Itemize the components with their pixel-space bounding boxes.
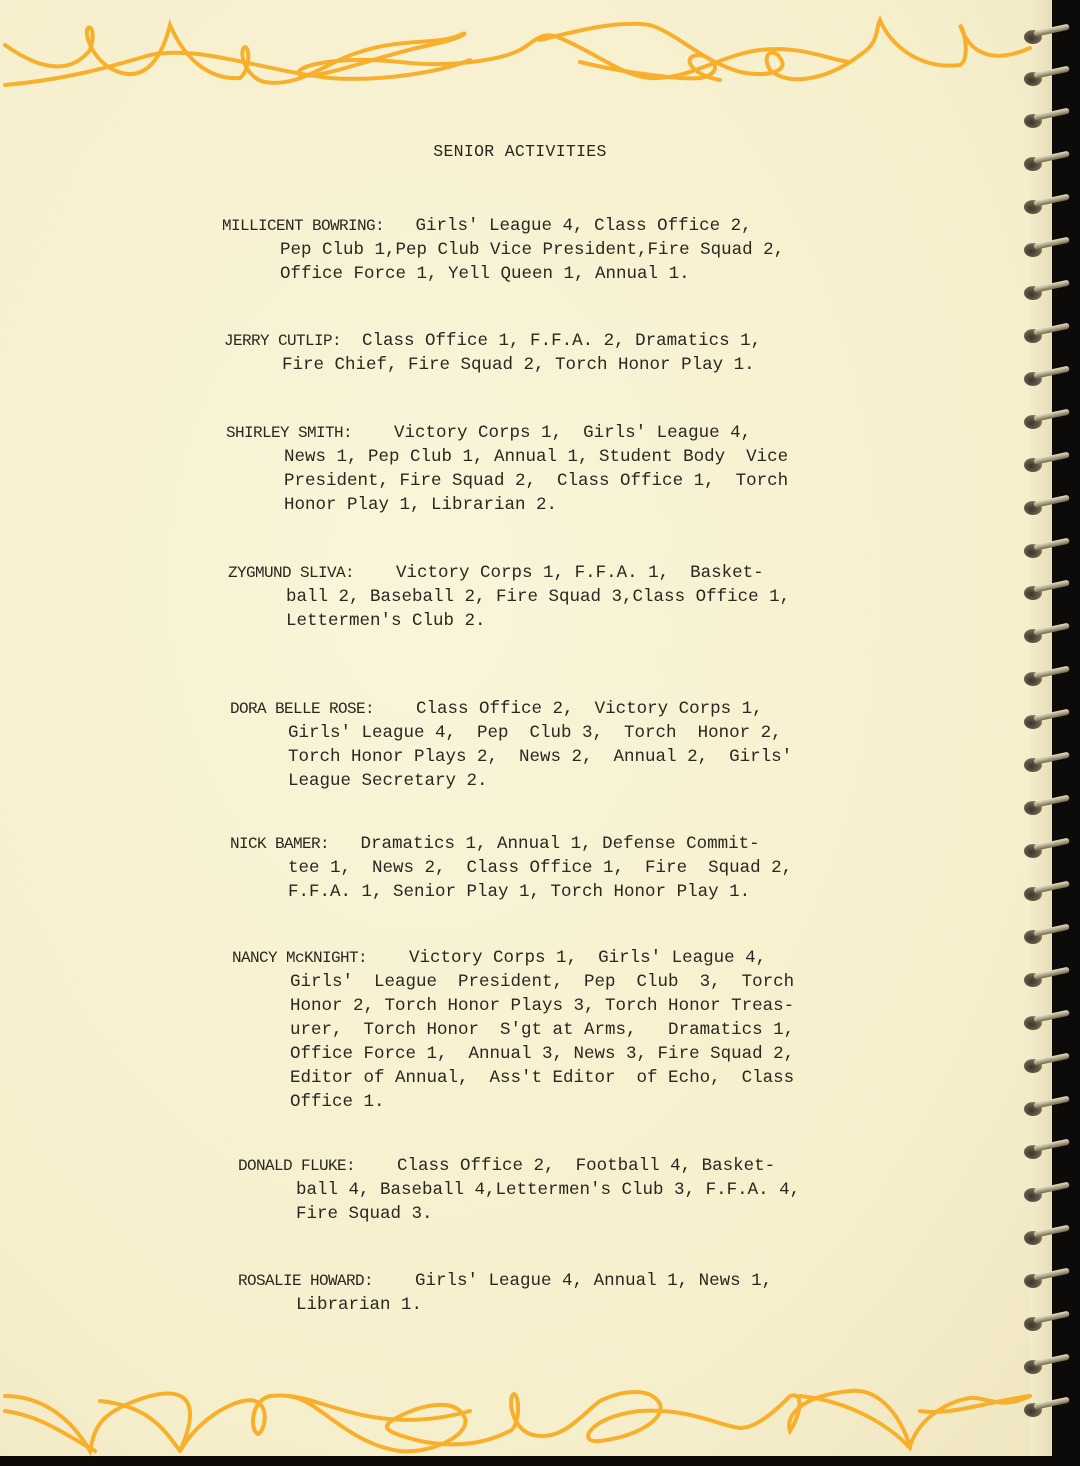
activities-line: Office 1. [232, 1090, 794, 1114]
activities-line: Class Office 1, F.F.A. 2, Dramatics 1, [341, 331, 761, 351]
activities-line: ball 4, Baseball 4,Lettermen's Club 3, F… [238, 1178, 800, 1202]
entry-nancy-mcknight: NANCY McKNIGHT: Victory Corps 1, Girls' … [232, 946, 794, 1114]
activities-line: Torch Honor Plays 2, News 2, Annual 2, G… [230, 745, 792, 769]
activities-line: Girls' League 4, Annual 1, News 1, [373, 1271, 772, 1291]
page-title: SENIOR ACTIVITIES [0, 142, 1040, 161]
entry-rosalie-howard: ROSALIE HOWARD: Girls' League 4, Annual … [238, 1269, 772, 1317]
entry-dora-belle-rose: DORA BELLE ROSE: Class Office 2, Victory… [230, 697, 792, 793]
activities-line: News 1, Pep Club 1, Annual 1, Student Bo… [226, 445, 788, 469]
student-name: DONALD FLUKE: [238, 1157, 355, 1175]
entry-jerry-cutlip: JERRY CUTLIP: Class Office 1, F.F.A. 2, … [224, 329, 761, 377]
activities-line: Lettermen's Club 2. [228, 609, 790, 633]
entry-shirley-smith: SHIRLEY SMITH: Victory Corps 1, Girls' L… [226, 421, 788, 517]
activities-line: Girls' League 4, Class Office 2, [384, 216, 752, 236]
activities-line: Class Office 2, Victory Corps 1, [374, 699, 763, 719]
activities-line: Girls' League President, Pep Club 3, Tor… [232, 970, 794, 994]
entry-zygmund-sliva: ZYGMUND SLIVA: Victory Corps 1, F.F.A. 1… [228, 561, 790, 633]
activities-line: Class Office 2, Football 4, Basket- [355, 1156, 775, 1176]
student-name: NANCY McKNIGHT: [232, 949, 367, 967]
student-name: DORA BELLE ROSE: [230, 700, 374, 718]
student-name: NICK BAMER: [230, 835, 329, 853]
activities-line: Pep Club 1,Pep Club Vice President,Fire … [222, 238, 784, 262]
activities-line: Fire Chief, Fire Squad 2, Torch Honor Pl… [224, 353, 761, 377]
activities-line: tee 1, News 2, Class Office 1, Fire Squa… [230, 856, 792, 880]
activities-line: Honor Play 1, Librarian 2. [226, 493, 788, 517]
activities-line: President, Fire Squad 2, Class Office 1,… [226, 469, 788, 493]
activities-line: ball 2, Baseball 2, Fire Squad 3,Class O… [228, 585, 790, 609]
activities-line: Editor of Annual, Ass't Editor of Echo, … [232, 1066, 794, 1090]
activities-line: Fire Squad 3. [238, 1202, 800, 1226]
entry-millicent-bowring: MILLICENT BOWRING: Girls' League 4, Clas… [222, 214, 784, 286]
student-name: ROSALIE HOWARD: [238, 1272, 373, 1290]
entry-donald-fluke: DONALD FLUKE: Class Office 2, Football 4… [238, 1154, 800, 1226]
student-name: JERRY CUTLIP: [224, 332, 341, 350]
student-name: SHIRLEY SMITH: [226, 424, 352, 442]
activities-line: Victory Corps 1, Girls' League 4, [367, 948, 766, 968]
activities-line: Victory Corps 1, Girls' League 4, [352, 423, 751, 443]
activities-line: Honor 2, Torch Honor Plays 3, Torch Hono… [232, 994, 794, 1018]
activities-line: F.F.A. 1, Senior Play 1, Torch Honor Pla… [230, 880, 792, 904]
activities-line: Victory Corps 1, F.F.A. 1, Basket- [354, 563, 764, 583]
activities-line: Librarian 1. [238, 1293, 772, 1317]
activities-line: Girls' League 4, Pep Club 3, Torch Honor… [230, 721, 792, 745]
student-name: MILLICENT BOWRING: [222, 217, 384, 235]
activities-line: urer, Torch Honor S'gt at Arms, Dramatic… [232, 1018, 794, 1042]
document-body: SENIOR ACTIVITIES MILLICENT BOWRING: Gir… [0, 0, 1040, 1466]
activities-line: League Secretary 2. [230, 769, 792, 793]
activities-line: Office Force 1, Yell Queen 1, Annual 1. [222, 262, 784, 286]
student-name: ZYGMUND SLIVA: [228, 564, 354, 582]
activities-line: Dramatics 1, Annual 1, Defense Commit- [329, 834, 760, 854]
activities-line: Office Force 1, Annual 3, News 3, Fire S… [232, 1042, 794, 1066]
entry-nick-bamer: NICK BAMER: Dramatics 1, Annual 1, Defen… [230, 832, 792, 904]
